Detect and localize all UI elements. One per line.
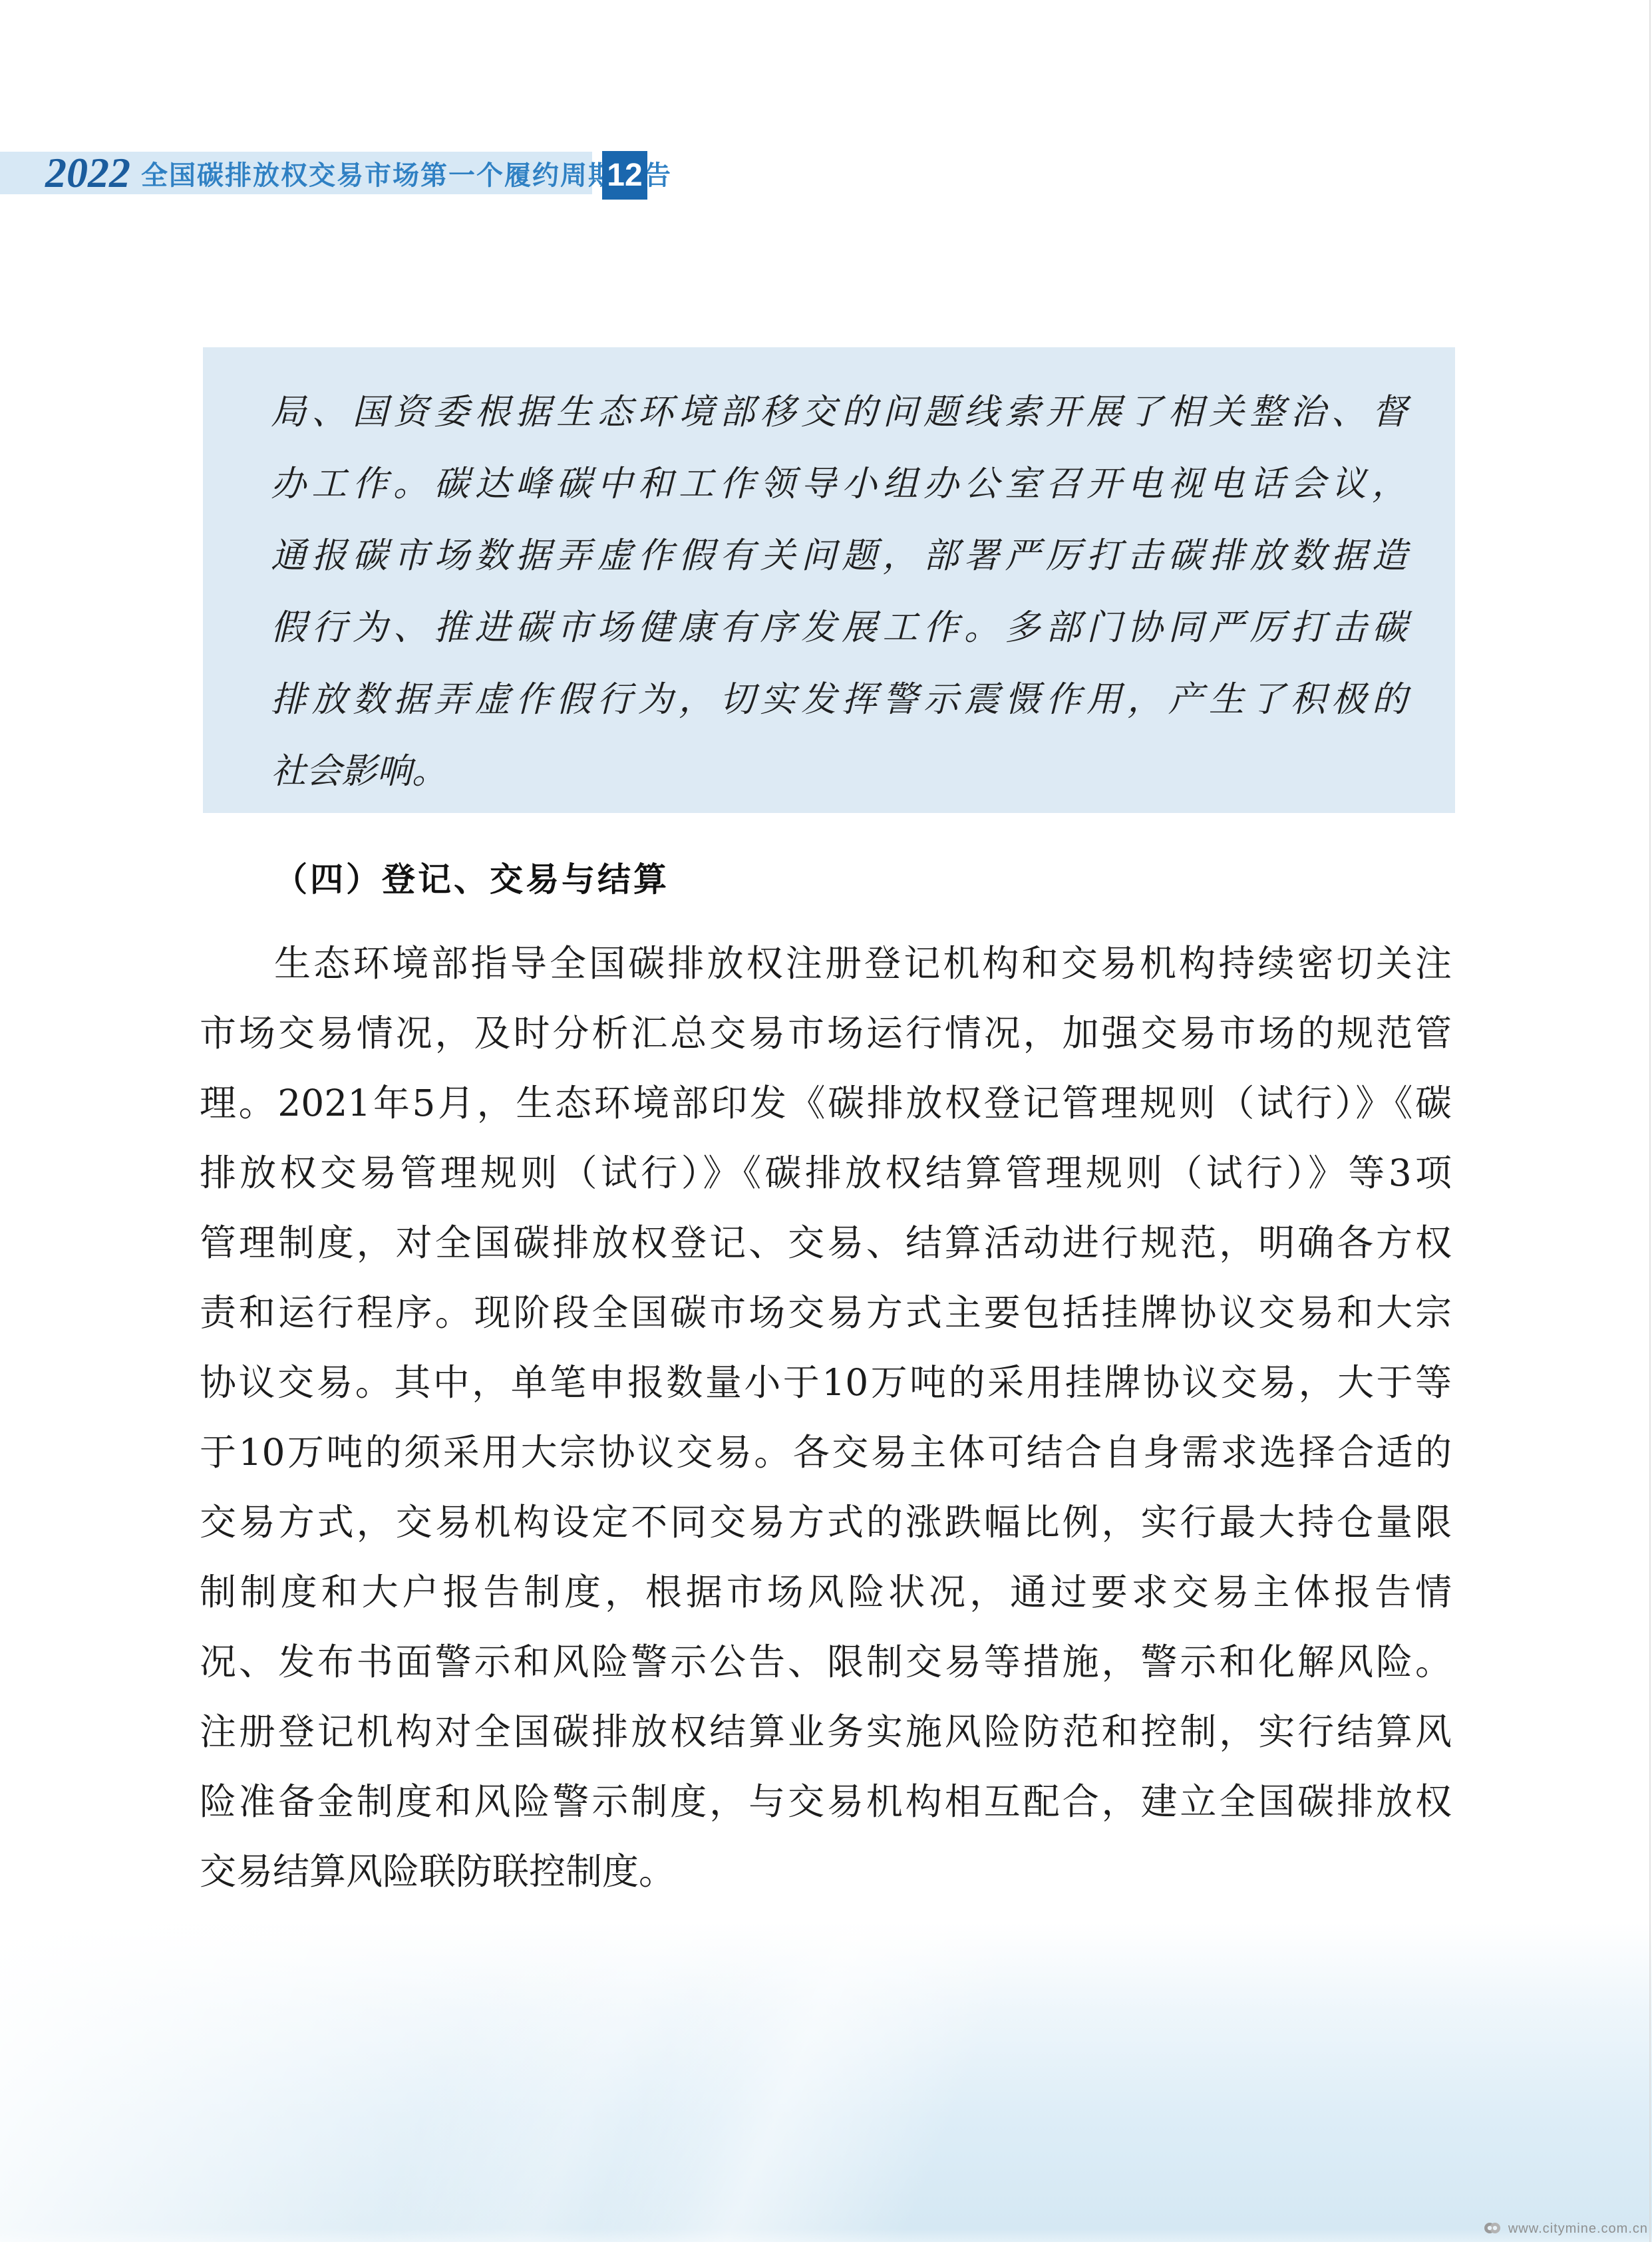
body-line: 排放权交易管理规则（试行）》《碳排放权结算管理规则（试行）》等3项 xyxy=(200,1138,1452,1208)
quote-line: 社会影响。 xyxy=(271,736,1407,808)
quote-line: 局、国资委根据生态环境部移交的问题线索开展了相关整治、督 xyxy=(271,377,1407,448)
body-line: 交易方式，交易机构设定不同交易方式的涨跌幅比例，实行最大持仓量限 xyxy=(200,1488,1452,1557)
quote-line: 假行为、推进碳市场健康有序发展工作。多部门协同严厉打击碳 xyxy=(271,592,1407,664)
section-heading: （四）登记、交易与结算 xyxy=(200,853,1454,901)
body-line: 生态环境部指导全国碳排放权注册登记机构和交易机构持续密切关注 xyxy=(200,929,1452,999)
quote-line: 排放数据弄虚作假行为，切实发挥警示震慑作用，产生了积极的 xyxy=(271,664,1407,736)
header-title: 全国碳排放权交易市场第一个履约周期报告 xyxy=(141,154,672,192)
body-line: 于10万吨的须采用大宗协议交易。各交易主体可结合自身需求选择合适的 xyxy=(200,1418,1452,1488)
body-line: 注册登记机构对全国碳排放权结算业务实施风险防范和控制，实行结算风 xyxy=(200,1697,1452,1767)
quote-line: 通报碳市场数据弄虚作假有关问题，部署严厉打击碳排放数据造 xyxy=(271,520,1407,592)
page-number-badge: 12 xyxy=(602,151,647,200)
body-line: 管理制度，对全国碳排放权登记、交易、结算活动进行规范，明确各方权 xyxy=(200,1208,1452,1278)
body-line: 交易结算风险联防联控制度。 xyxy=(200,1837,1452,1907)
scan-edge-line xyxy=(1649,0,1651,2242)
header-year: 2022 xyxy=(45,152,130,194)
report-page: 2022 全国碳排放权交易市场第一个履约周期报告 12 局、国资委根据生态环境部… xyxy=(0,0,1652,2242)
body-line: 况、发布书面警示和风险警示公告、限制交易等措施，警示和化解风险。 xyxy=(200,1627,1452,1697)
body-line: 协议交易。其中，单笔申报数量小于10万吨的采用挂牌协议交易，大于等 xyxy=(200,1348,1452,1418)
watermark: www.citymine.com.cn xyxy=(1483,2221,1648,2237)
bottom-wave-decoration xyxy=(0,1923,1652,2242)
watermark-url: www.citymine.com.cn xyxy=(1508,2221,1648,2237)
quote-line: 办工作。碳达峰碳中和工作领导小组办公室召开电视电话会议， xyxy=(271,448,1407,520)
quote-box: 局、国资委根据生态环境部移交的问题线索开展了相关整治、督 办工作。碳达峰碳中和工… xyxy=(203,347,1455,813)
page-number: 12 xyxy=(607,157,642,194)
citymine-logo-icon xyxy=(1483,2221,1502,2237)
body-text: 生态环境部指导全国碳排放权注册登记机构和交易机构持续密切关注 市场交易情况，及时… xyxy=(200,929,1452,1907)
body-line: 险准备金制度和风险警示制度，与交易机构相互配合，建立全国碳排放权 xyxy=(200,1767,1452,1837)
body-line: 理。2021年5月，生态环境部印发《碳排放权登记管理规则（试行）》《碳 xyxy=(200,1068,1452,1138)
body-line: 责和运行程序。现阶段全国碳市场交易方式主要包括挂牌协议交易和大宗 xyxy=(200,1278,1452,1348)
body-line: 制制度和大户报告制度，根据市场风险状况，通过要求交易主体报告情 xyxy=(200,1557,1452,1627)
header-band: 2022 全国碳排放权交易市场第一个履约周期报告 xyxy=(0,152,592,194)
body-line: 市场交易情况，及时分析汇总交易市场运行情况，加强交易市场的规范管 xyxy=(200,999,1452,1068)
